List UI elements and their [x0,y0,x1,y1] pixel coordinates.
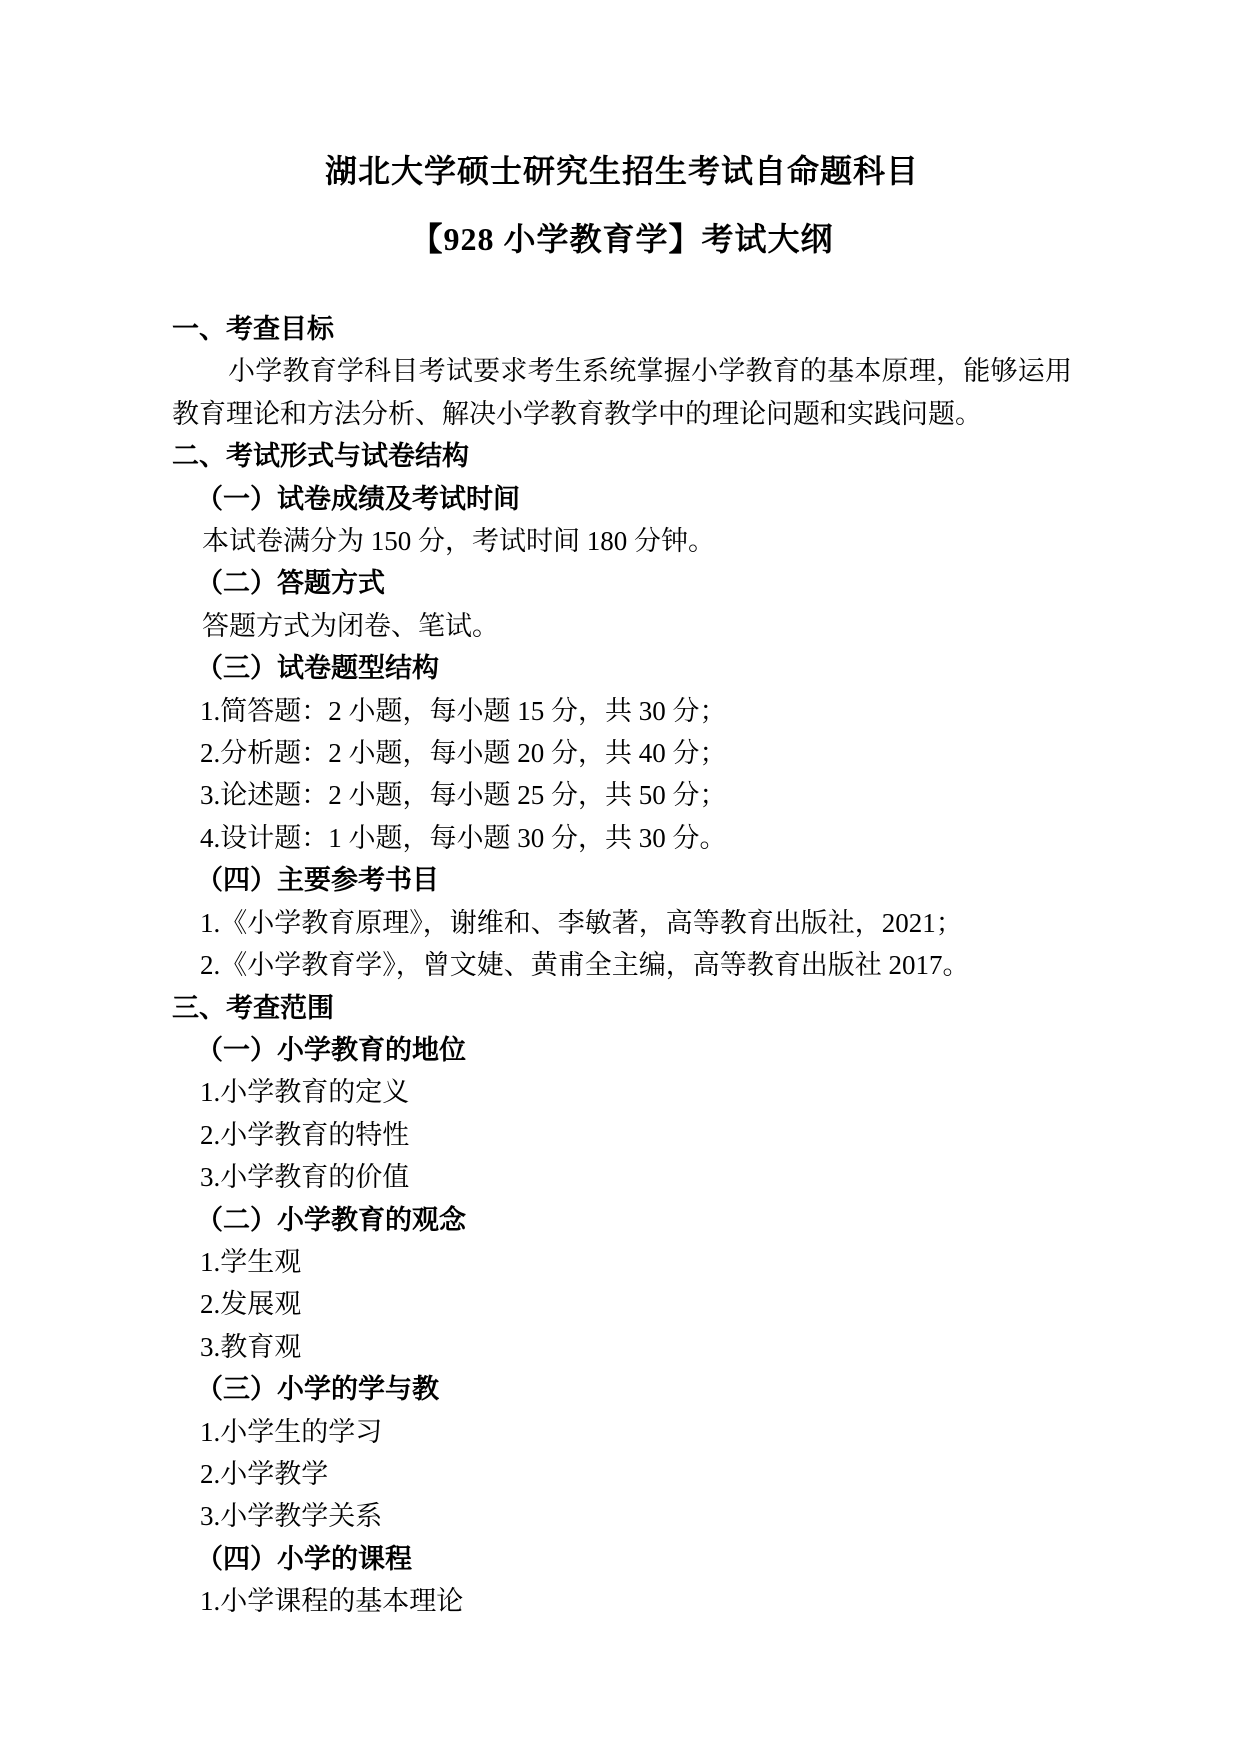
subsection-heading: （二）小学教育的观念 [196,1199,1072,1241]
subsection-heading: （三）小学的学与教 [196,1368,1072,1410]
subsection-heading: （二）答题方式 [196,562,1072,604]
list-item: 1.小学课程的基本理论 [200,1580,1072,1622]
list-item: 1.小学教育的定义 [200,1071,1072,1113]
paragraph: 本试卷满分为 150 分，考试时间 180 分钟。 [202,520,1072,562]
list-item: 1.小学生的学习 [200,1411,1072,1453]
list-item: 3.小学教学关系 [200,1495,1072,1537]
list-item: 3.小学教育的价值 [200,1156,1072,1198]
paragraph: 答题方式为闭卷、笔试。 [202,605,1072,647]
subsection-heading: （一）试卷成绩及考试时间 [196,478,1072,520]
subsection-heading: （三）试卷题型结构 [196,647,1072,689]
list-item: 4.设计题：1 小题，每小题 30 分，共 30 分。 [200,817,1072,859]
section-heading: 三、考查范围 [172,987,1072,1029]
document-page: 湖北大学硕士研究生招生考试自命题科目 【928 小学教育学】考试大纲 一、考查目… [0,0,1240,1754]
list-item: 1.学生观 [200,1241,1072,1283]
list-item: 2.小学教学 [200,1453,1072,1495]
document-title: 湖北大学硕士研究生招生考试自命题科目 [172,148,1072,194]
list-item: 2.《小学教育学》，曾文婕、黄甫全主编，高等教育出版社 2017。 [200,944,1072,986]
section-heading: 一、考查目标 [172,308,1072,350]
list-item: 3.教育观 [200,1326,1072,1368]
document-subtitle: 【928 小学教育学】考试大纲 [172,216,1072,262]
subsection-heading: （四）主要参考书目 [196,859,1072,901]
list-item: 3.论述题：2 小题，每小题 25 分，共 50 分； [200,774,1072,816]
section-heading: 二、考试形式与试卷结构 [172,435,1072,477]
list-item: 2.发展观 [200,1283,1072,1325]
subsection-heading: （四）小学的课程 [196,1538,1072,1580]
list-item: 1.简答题：2 小题，每小题 15 分，共 30 分； [200,690,1072,732]
list-item: 2.分析题：2 小题，每小题 20 分，共 40 分； [200,732,1072,774]
subsection-heading: （一）小学教育的地位 [196,1029,1072,1071]
list-item: 2.小学教育的特性 [200,1114,1072,1156]
intro-paragraph: 小学教育学科目考试要求考生系统掌握小学教育的基本原理，能够运用教育理论和方法分析… [172,350,1072,435]
document-body: 一、考查目标 小学教育学科目考试要求考生系统掌握小学教育的基本原理，能够运用教育… [172,308,1072,1623]
list-item: 1.《小学教育原理》，谢维和、李敏著，高等教育出版社，2021； [200,902,1072,944]
